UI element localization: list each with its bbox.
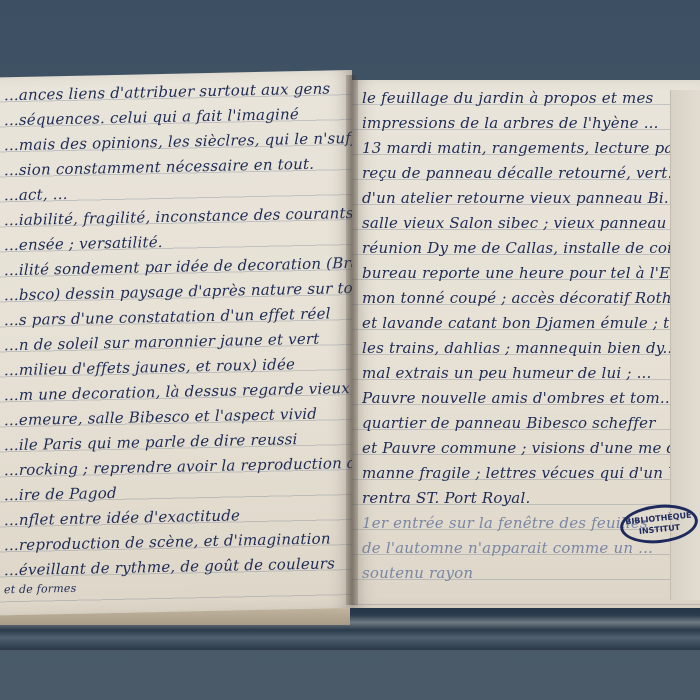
handwritten-line: et Pauvre commune ; visions d'une me de … bbox=[352, 436, 700, 461]
handwritten-line: manne fragile ; lettres vécues qui d'un … bbox=[352, 461, 700, 486]
handwritten-line: bureau reporte une heure pour tel à l'Et… bbox=[352, 261, 700, 286]
handwritten-line: d'un atelier retourne vieux panneau Bi..… bbox=[352, 186, 700, 211]
handwritten-line: reçu de panneau décalle retourné, vert..… bbox=[352, 161, 700, 186]
handwritten-line: le feuillage du jardin à propos et mes bbox=[352, 86, 700, 111]
left-page: ...ances liens d'attribuer surtout aux g… bbox=[0, 70, 352, 615]
book-gutter bbox=[346, 75, 358, 605]
handwritten-line: 13 mardi matin, rangements, lecture part… bbox=[352, 136, 700, 161]
handwritten-line: les trains, dahlias ; mannequin bien dy.… bbox=[352, 336, 700, 361]
handwritten-line: salle vieux Salon sibec ; vieux panneau … bbox=[352, 211, 700, 236]
handwritten-line: impressions de la arbres de l'hyène ... bbox=[352, 111, 700, 136]
scene: ...ances liens d'attribuer surtout aux g… bbox=[0, 0, 700, 700]
handwritten-line: mon tonné coupé ; accès décoratif Rothsc… bbox=[352, 286, 700, 311]
left-page-handwriting: ...ances liens d'attribuer surtout aux g… bbox=[0, 76, 352, 597]
handwritten-line: réunion Dy me de Callas, installe de coi… bbox=[352, 236, 700, 261]
handwritten-line: Pauvre nouvelle amis d'ombres et tom... bbox=[352, 386, 700, 411]
handwritten-line: quartier de panneau Bibesco scheffer bbox=[352, 411, 700, 436]
handwritten-line: soutenu rayon bbox=[352, 561, 700, 586]
handwritten-line: et lavande catant bon Djamen émule ; tou… bbox=[352, 311, 700, 336]
handwritten-line: mal extrais un peu humeur de lui ; ... bbox=[352, 361, 700, 386]
